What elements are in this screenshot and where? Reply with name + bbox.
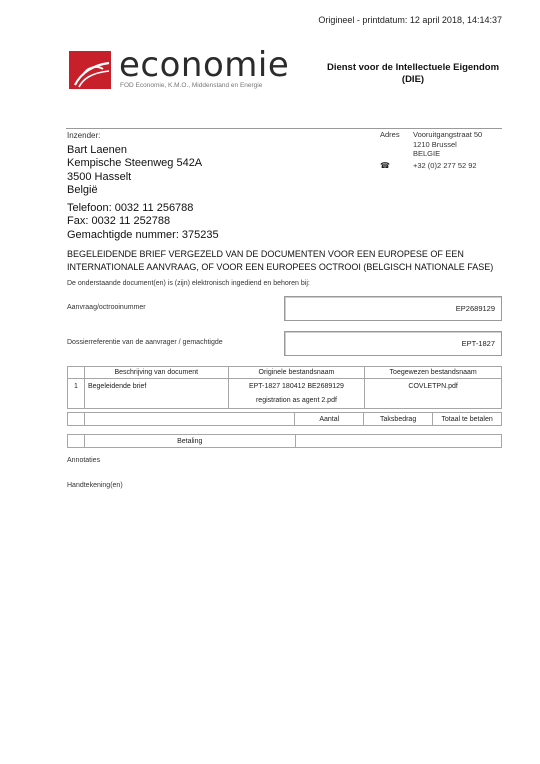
sender-label: Inzender: <box>67 131 100 140</box>
dossier-reference-field: EPT-1827 <box>284 331 502 356</box>
fees-col-quantity: Aantal <box>295 413 364 426</box>
header-index <box>68 367 85 379</box>
signatures-label: Handtekening(en) <box>67 482 123 489</box>
fees-table-header: Aantal Taksbedrag Totaal te betalen <box>68 413 502 426</box>
sender-country: België <box>67 184 202 197</box>
intro-text: De onderstaande document(en) is (zijn) e… <box>67 280 310 287</box>
agency-line-2: (DIE) <box>318 74 508 86</box>
office-address: Vooruitgangstraat 50 1210 Brussel BELGIE <box>413 130 482 159</box>
application-number-field: EP2689129 <box>284 296 502 321</box>
fees-col-description <box>84 413 294 426</box>
logo-wordmark: economie <box>119 45 289 85</box>
sender-fax: Fax: 0032 11 252788 <box>67 215 219 228</box>
header-divider <box>66 128 502 129</box>
row-description: Begeleidende brief <box>84 379 228 409</box>
payment-table: Betaling <box>67 434 502 448</box>
payment-index <box>68 435 85 448</box>
original-filename-line-1: EPT-1827 180412 BE2689129 <box>232 381 362 392</box>
logo-emblem-icon <box>69 51 111 89</box>
header-assigned-filename: Toegewezen bestandsnaam <box>365 367 502 379</box>
fees-table: Aantal Taksbedrag Totaal te betalen <box>67 412 502 426</box>
documents-table: Beschrijving van document Originele best… <box>67 366 502 409</box>
fees-col-index <box>68 413 85 426</box>
dossier-reference-label: Dossierreferentie van de aanvrager / gem… <box>67 339 223 346</box>
economie-logo: economie FOD Economie, K.M.O., Middensta… <box>69 51 289 93</box>
office-address-label: Adres <box>380 130 400 139</box>
agency-line-1: Dienst voor de Intellectuele Eigendom <box>318 62 508 74</box>
original-filename-line-2: registration as agent 2.pdf <box>232 395 362 406</box>
application-number-label: Aanvraag/octrooinummer <box>67 304 146 311</box>
sender-address: Bart Laenen Kempische Steenweg 542A 3500… <box>67 144 202 197</box>
payment-value <box>295 435 502 448</box>
office-country: BELGIE <box>413 149 482 159</box>
document-title: BEGELEIDENDE BRIEF VERGEZELD VAN DE DOCU… <box>67 248 507 274</box>
office-city: 1210 Brussel <box>413 140 482 150</box>
table-row: 1 Begeleidende brief EPT-1827 180412 BE2… <box>68 379 502 409</box>
documents-table-header: Beschrijving van document Originele best… <box>68 367 502 379</box>
header-original-filename: Originele bestandsnaam <box>228 367 365 379</box>
payment-row: Betaling <box>68 435 502 448</box>
fees-col-total: Totaal te betalen <box>433 413 502 426</box>
logo-subtitle: FOD Economie, K.M.O., Middenstand en Ene… <box>120 82 262 89</box>
row-assigned-filename: COVLETPN.pdf <box>365 379 502 409</box>
sender-phone: Telefoon: 0032 11 256788 <box>67 202 219 215</box>
row-index: 1 <box>68 379 85 409</box>
row-original-filename: EPT-1827 180412 BE2689129 registration a… <box>228 379 365 409</box>
print-date-header: Origineel - printdatum: 12 april 2018, 1… <box>318 15 502 25</box>
agency-name: Dienst voor de Intellectuele Eigendom (D… <box>318 62 508 86</box>
header-description: Beschrijving van document <box>84 367 228 379</box>
fees-col-fee-amount: Taksbedrag <box>364 413 433 426</box>
sender-contact: Telefoon: 0032 11 256788 Fax: 0032 11 25… <box>67 202 219 242</box>
sender-street: Kempische Steenweg 542A <box>67 157 202 170</box>
telephone-icon: ☎ <box>380 161 390 170</box>
office-phone: +32 (0)2 277 52 92 <box>413 161 477 170</box>
payment-label: Betaling <box>84 435 295 448</box>
annotations-label: Annotaties <box>67 457 100 464</box>
sender-agent-number: Gemachtigde nummer: 375235 <box>67 229 219 242</box>
sender-city: 3500 Hasselt <box>67 171 202 184</box>
sender-name: Bart Laenen <box>67 144 202 157</box>
office-street: Vooruitgangstraat 50 <box>413 130 482 140</box>
